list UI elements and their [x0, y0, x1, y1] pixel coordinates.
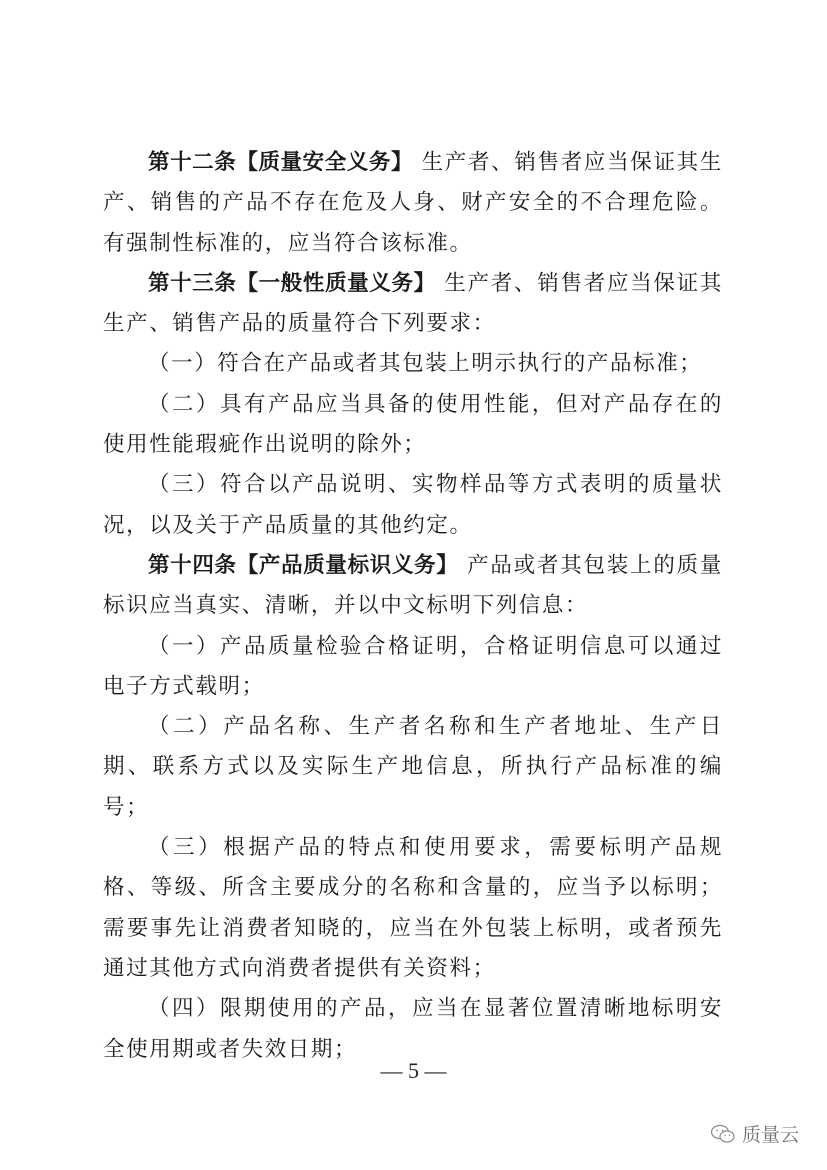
- article-heading: 第十二条【质量安全义务】: [148, 150, 413, 175]
- list-item: （二）产品名称、生产者名称和生产者地址、生产日期、联系方式以及实际生产地信息，所…: [103, 707, 723, 828]
- page-number: — 5 —: [0, 1058, 827, 1084]
- article-12: 第十二条【质量安全义务】 生产者、销售者应当保证其生产、销售的产品不存在危及人身…: [103, 143, 723, 264]
- wechat-icon: [710, 1124, 736, 1144]
- list-item: （三）符合以产品说明、实物样品等方式表明的质量状况，以及关于产品质量的其他约定。: [103, 465, 723, 546]
- document-page: 第十二条【质量安全义务】 生产者、销售者应当保证其生产、销售的产品不存在危及人身…: [103, 143, 723, 1070]
- article-13: 第十三条【一般性质量义务】 生产者、销售者应当保证其生产、销售产品的质量符合下列…: [103, 264, 723, 345]
- list-item: （一）符合在产品或者其包装上明示执行的产品标准；: [103, 344, 723, 384]
- article-14: 第十四条【产品质量标识义务】 产品或者其包装上的质量标识应当真实、清晰，并以中文…: [103, 546, 723, 627]
- watermark-label: 质量云: [742, 1120, 799, 1147]
- watermark: 质量云: [710, 1120, 799, 1147]
- list-item: （三）根据产品的特点和使用要求，需要标明产品规格、等级、所含主要成分的名称和含量…: [103, 828, 723, 989]
- list-item: （二）具有产品应当具备的使用性能，但对产品存在的使用性能瑕疵作出说明的除外；: [103, 385, 723, 466]
- article-heading: 第十四条【产品质量标识义务】: [148, 553, 459, 578]
- article-heading: 第十三条【一般性质量义务】: [148, 271, 436, 296]
- list-item: （一）产品质量检验合格证明，合格证明信息可以通过电子方式载明；: [103, 627, 723, 708]
